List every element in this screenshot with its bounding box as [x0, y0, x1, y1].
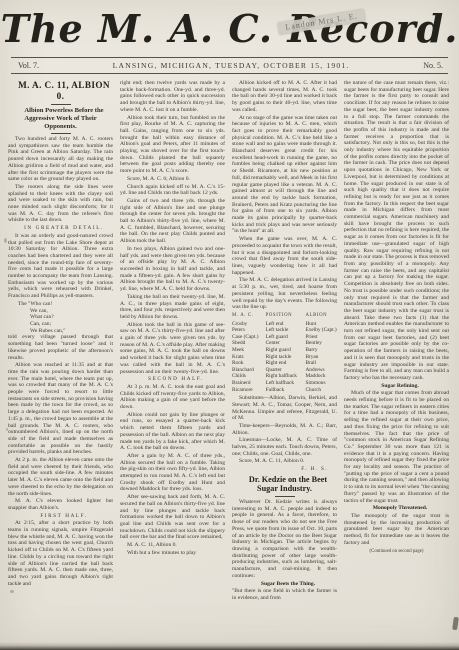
- verse-line: What can?: [30, 314, 113, 321]
- substitutes-note: Substitutes—Albion, Darwin, Berkiel, and…: [232, 395, 337, 422]
- lineup-cell: Bentley: [305, 340, 337, 347]
- article-paragraph: When the game was over, M. A. C. proceed…: [232, 236, 337, 276]
- lineup-row: SheddCenterBentley: [232, 340, 337, 347]
- lineup-cell: Right guard: [266, 347, 306, 354]
- lineup-cell: Brainerd: [232, 380, 266, 387]
- dateline: Vol. 7. LANSING, MICHIGAN, TUESDAY, OCTO…: [0, 58, 459, 73]
- lineup-row: MeekRight guardBarry: [232, 347, 337, 354]
- volume-label: Vol. 7.: [18, 61, 39, 70]
- lineup-cell: Church: [305, 387, 337, 394]
- article-paragraph: the nature of the case must remain there…: [344, 80, 449, 382]
- article-paragraph: At 2:15, after a short practice by both …: [8, 520, 113, 587]
- lineup-header-albion: ALBION: [305, 313, 337, 321]
- lineup-cell: Shedd: [232, 340, 266, 347]
- article-paragraph: Albion took the ball in this game of see…: [120, 322, 225, 376]
- article-paragraph: At 2 p. m. the Albion eleven came onto t…: [8, 457, 113, 497]
- lineup-table: M. A. C. POSITION ALBION CrosbyLeft endH…: [232, 313, 337, 393]
- article-paragraph: Taking the ball on their twenty-yd. line…: [120, 294, 225, 321]
- lineup-cell: Childs: [232, 373, 266, 380]
- article-paragraph: Two hundred and forty M. A. C. rooters a…: [8, 136, 113, 183]
- article-headline-kedzie: Dr. Kedzie on the Beet Sugar Industry.: [232, 475, 337, 494]
- article-paragraph: After see-sawing back and forth, M. A. C…: [120, 494, 225, 541]
- article-paragraph: The rooters along the side lines were sp…: [8, 184, 113, 224]
- crosshead-in-greater-detail: IN GREATER DETAIL.: [8, 225, 113, 232]
- byline-initials: F. H. S.: [232, 466, 328, 473]
- newspaper-page: The M. A. C. Record. Landon Mrs L. E. Vo…: [0, 0, 459, 650]
- column-1: M. A. C. 11, ALBION 0. Albion Powerless …: [8, 80, 113, 603]
- lineup-row: Case (Capt.)Left guardPriest: [232, 334, 337, 341]
- lineup-cell: Case (Capt.): [232, 334, 266, 341]
- lineup-cell: Priest: [305, 334, 337, 341]
- paper-speck: [4, 238, 7, 243]
- minihead-sugar-refining: Sugar Refining.: [344, 383, 449, 390]
- column-container: M. A. C. 11, ALBION 0. Albion Powerless …: [0, 74, 459, 603]
- article-paragraph: Albion took their turn, but fumbled on t…: [120, 115, 225, 175]
- masthead: The M. A. C. Record. Landon Mrs L. E.: [0, 0, 459, 57]
- continued-notice: (Continued on second page): [344, 549, 449, 556]
- article-paragraph: In two plays, Albion gained two and one-…: [120, 246, 225, 293]
- article-paragraph: At 3 p. m. M. A. C. took the east goal a…: [120, 384, 225, 411]
- article-paragraph: After a gain by M. A. C. of three yds., …: [120, 453, 225, 493]
- subhead-rule: [51, 133, 71, 134]
- lineup-cell: Right halfback: [266, 373, 306, 380]
- minihead-monopoly-threatened: Monopoly Threatened.: [344, 505, 449, 512]
- lineup-cell: Barry: [305, 347, 337, 354]
- crosshead-second-half: SECOND HALF.: [120, 376, 225, 383]
- lineup-row: RicamoreFullbackChurch: [232, 387, 337, 394]
- headline-rule: [275, 496, 295, 497]
- paper-speck: [10, 590, 14, 593]
- paper-speck: [6, 428, 8, 431]
- final-score-line: Score, M. A. C. 11, Albion 0.: [232, 458, 337, 465]
- lineup-row: RookRight endBrall: [232, 360, 337, 367]
- timekeepers-note: Time-keepers—Reynolds, M. A. C.; Barr, A…: [232, 423, 337, 436]
- score-line: M. A. C. 11, Albion 0.: [120, 542, 225, 549]
- verse-line: We Rubes can,": [30, 328, 113, 335]
- lineup-header-position: POSITION: [266, 313, 306, 321]
- lineup-cell: Left halfback: [266, 380, 306, 387]
- lineup-cell: Right tackle: [266, 354, 306, 361]
- article-paragraph: Much of the sugar that comes from abroad…: [344, 390, 449, 504]
- lineup-cell: Maddock: [305, 373, 337, 380]
- lineup-cell: Peters: [232, 327, 266, 334]
- article-subhead-game: Albion Powerless Before the Aggressive W…: [8, 107, 113, 131]
- lineup-row: ChildsRight halfbackMaddock: [232, 373, 337, 380]
- article-paragraph: With but a few minutes to play: [120, 550, 225, 557]
- article-paragraph: The monopoly of the sugar trust is threa…: [344, 513, 449, 547]
- article-paragraph: Albion could not gain by line plunges or…: [120, 412, 225, 452]
- lineup-cell: Andrews: [305, 367, 337, 374]
- article-paragraph: The M. A. C. delegation arrived in Lansi…: [232, 277, 337, 311]
- lineup-header-row: M. A. C. POSITION ALBION: [232, 313, 337, 321]
- yell-verse: The "Who can! We can, What can? Can, can…: [8, 301, 113, 335]
- article-paragraph: Whatever Dr. Kedzie writes is always int…: [232, 499, 337, 579]
- minihead-sugar-beets: Sugar Beets the Thing.: [232, 581, 337, 588]
- lineup-cell: Blanchard: [232, 367, 266, 374]
- dateline-center: LANSING, MICHIGAN, TUESDAY, OCTOBER 15, …: [113, 61, 350, 70]
- lineup-row: PetersLeft tackleExelby (Capt.): [232, 327, 337, 334]
- lineup-cell: Simmons: [305, 380, 337, 387]
- headline-rule: [51, 104, 71, 105]
- article-paragraph: It was an orderly and good-natured crowd…: [8, 233, 113, 300]
- page-bottom-shadow: [0, 642, 459, 650]
- crosshead-first-half: FIRST HALF.: [8, 513, 113, 520]
- article-paragraph: Gains of two and three yds. through the …: [120, 198, 225, 245]
- lineup-row: BrainerdLeft halfbackSimmons: [232, 380, 337, 387]
- lineup-cell: Crosby: [232, 321, 266, 328]
- column-3: Albion kicked off to M. A. C. After it h…: [232, 80, 337, 603]
- lineup-cell: Left guard: [266, 334, 306, 341]
- article-paragraph: Albion was reached at 11:35 and at that …: [8, 362, 113, 456]
- verse-line: The "Who can!: [18, 301, 113, 308]
- column-2: right end; then twelve yards was made by…: [120, 80, 225, 603]
- lineup-cell: Kratz: [232, 354, 266, 361]
- lineup-cell: Brall: [305, 360, 337, 367]
- lineup-row: KratzRight tackleBryan: [232, 354, 337, 361]
- page-edge-mark: [452, 617, 459, 631]
- lineup-cell: Rook: [232, 360, 266, 367]
- masthead-title: The M. A. C. Record.: [1, 6, 459, 51]
- lineup-cell: Center: [266, 340, 306, 347]
- verse-line: We can,: [30, 308, 113, 315]
- verse-line: Can, can;: [30, 321, 113, 328]
- lineup-header-mac: M. A. C.: [232, 313, 266, 321]
- lineup-cell: Bryan: [305, 354, 337, 361]
- lineup-cell: Fullback: [266, 387, 306, 394]
- article-paragraph: "But there is one field in which the far…: [232, 588, 337, 601]
- column-4: the nature of the case must remain there…: [344, 80, 449, 603]
- score-line: Score, M. A. C. 6; Albion 0.: [120, 176, 225, 183]
- lineup-cell: Right end: [266, 360, 306, 367]
- lineup-cell: Left tackle: [266, 327, 306, 334]
- issue-number-label: No. 5.: [423, 61, 443, 70]
- article-paragraph: right end; then twelve yards was made by…: [120, 80, 225, 114]
- article-paragraph: Church again kicked off to M. A. C.'s 15…: [120, 184, 225, 197]
- article-headline-game: M. A. C. 11, ALBION 0.: [8, 80, 113, 102]
- lineup-cell: Ricamore: [232, 387, 266, 394]
- lineup-cell: Meek: [232, 347, 266, 354]
- article-paragraph: At no stage of the game was time taken o…: [232, 115, 337, 236]
- linesman-note: Linesman—Locke, M. A. C. Time of halves,…: [232, 437, 337, 457]
- article-paragraph: told every village passed through that s…: [8, 334, 113, 361]
- article-paragraph: Albion kicked off to M. A. C. After it h…: [232, 80, 337, 114]
- lineup-cell: Exelby (Capt.): [305, 327, 337, 334]
- article-paragraph: M. A. C's eleven looked lighter but snap…: [8, 498, 113, 511]
